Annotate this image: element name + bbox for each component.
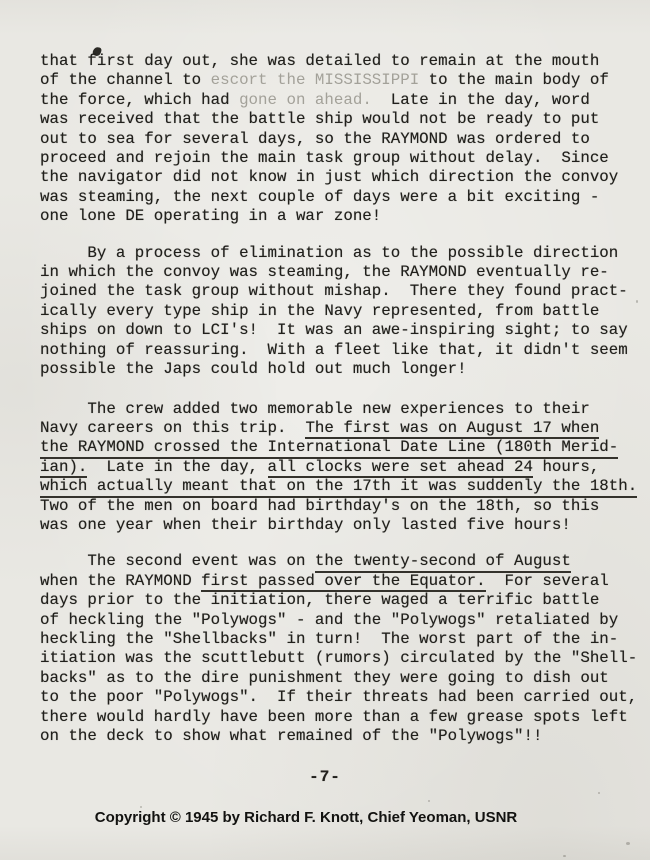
paper-speck xyxy=(428,800,430,802)
text-segment: backs" as to the dire punishment they we… xyxy=(40,669,609,687)
text-segment: Two of the men on board had birthday's o… xyxy=(40,497,599,515)
paper-speck xyxy=(140,806,142,808)
text-segment: was one year when their birthday only la… xyxy=(40,516,571,534)
text-segment: was received that the battle ship would … xyxy=(40,110,599,128)
text-line: was one year when their birthday only la… xyxy=(40,516,644,535)
underlined-text: the RAYMOND crossed the International Da… xyxy=(40,438,618,459)
text-line: out to sea for several days, so the RAYM… xyxy=(40,130,644,149)
text-line: days prior to the initiation, there wage… xyxy=(40,591,644,610)
text-segment: ships on down to LCI's! It was an awe-in… xyxy=(40,321,628,339)
text-line: there would hardly have been more than a… xyxy=(40,708,644,727)
text-segment: joined the task group without mishap. Th… xyxy=(40,282,628,300)
text-line: itiation was the scuttlebutt (rumors) ci… xyxy=(40,649,644,668)
text-segment: the navigator did not know in just which… xyxy=(40,168,618,186)
underlined-text: the twenty-second of August xyxy=(315,552,571,573)
text-line: was received that the battle ship would … xyxy=(40,110,644,129)
text-line: one lone DE operating in a war zone! xyxy=(40,207,644,226)
page-number: -7- xyxy=(0,768,650,786)
text-segment: to the main body of xyxy=(419,71,609,89)
text-line: which actually meant that on the 17th it… xyxy=(40,477,644,496)
text-line: joined the task group without mishap. Th… xyxy=(40,282,644,301)
text-line: when the RAYMOND first passed over the E… xyxy=(40,572,644,591)
text-line: in which the convoy was steaming, the RA… xyxy=(40,263,644,282)
text-segment: ically every type ship in the Navy repre… xyxy=(40,302,599,320)
text-line: ically every type ship in the Navy repre… xyxy=(40,302,644,321)
text-segment: out to sea for several days, so the RAYM… xyxy=(40,130,590,148)
text-segment: one lone DE operating in a war zone! xyxy=(40,207,381,225)
text-line: nothing of reassuring. With a fleet like… xyxy=(40,341,644,360)
text-line: ships on down to LCI's! It was an awe-in… xyxy=(40,321,644,340)
text-segment: The second event was on xyxy=(40,552,315,570)
text-line: By a process of elimination as to the po… xyxy=(40,244,644,263)
text-segment: Navy careers on this trip. xyxy=(40,419,305,437)
text-line: the navigator did not know in just which… xyxy=(40,168,644,187)
text-segment: the force, which had xyxy=(40,91,239,109)
text-segment: in which the convoy was steaming, the RA… xyxy=(40,263,609,281)
text-segment: nothing of reassuring. With a fleet like… xyxy=(40,341,628,359)
text-line: proceed and rejoin the main task group w… xyxy=(40,149,644,168)
text-line: The crew added two memorable new experie… xyxy=(40,400,644,419)
text-line: ian). Late in the day, all clocks were s… xyxy=(40,458,644,477)
text-line: Navy careers on this trip. The first was… xyxy=(40,419,644,438)
text-segment: proceed and rejoin the main task group w… xyxy=(40,149,609,167)
text-segment: was steaming, the next couple of days we… xyxy=(40,188,599,206)
text-segment: By a process of elimination as to the po… xyxy=(40,244,618,262)
paper-speck xyxy=(626,842,630,845)
paragraph: The second event was on the twenty-secon… xyxy=(40,552,644,746)
text-segment: on the deck to show what remained of the… xyxy=(40,727,542,745)
text-line: Two of the men on board had birthday's o… xyxy=(40,497,644,516)
text-line: on the deck to show what remained of the… xyxy=(40,727,644,746)
text-segment: heckling the "Shellbacks" in turn! The w… xyxy=(40,630,618,648)
paper-speck xyxy=(563,855,566,857)
text-line: the RAYMOND crossed the International Da… xyxy=(40,438,644,457)
text-segment: there would hardly have been more than a… xyxy=(40,708,628,726)
paragraph: that first day out, she was detailed to … xyxy=(40,52,644,227)
underlined-text: The first was on August 17 when xyxy=(305,419,599,440)
text-segment: For several xyxy=(486,572,609,590)
text-segment: to the poor "Polywogs". If their threats… xyxy=(40,688,637,706)
text-segment: Late in the day, xyxy=(87,458,267,476)
underlined-text: which actually meant that on the 17th it… xyxy=(40,477,637,498)
scanned-page: that first day out, she was detailed to … xyxy=(0,0,650,860)
text-segment: of the channel to xyxy=(40,71,211,89)
copyright-line: Copyright © 1945 by Richard F. Knott, Ch… xyxy=(0,809,612,826)
text-segment: The crew added two memorable new experie… xyxy=(40,400,590,418)
typewritten-body: that first day out, she was detailed to … xyxy=(40,52,644,763)
text-line: the force, which had gone on ahead. Late… xyxy=(40,91,644,110)
text-line: heckling the "Shellbacks" in turn! The w… xyxy=(40,630,644,649)
text-segment: of heckling the "Polywogs" - and the "Po… xyxy=(40,611,618,629)
faded-text: gone on ahead. xyxy=(239,91,372,109)
text-line: of the channel to escort the MISSISSIPPI… xyxy=(40,71,644,90)
text-line: to the poor "Polywogs". If their threats… xyxy=(40,688,644,707)
underlined-text: first passed over the Equator. xyxy=(201,572,485,593)
text-line: was steaming, the next couple of days we… xyxy=(40,188,644,207)
paragraph: The crew added two memorable new experie… xyxy=(40,400,644,536)
paragraph: By a process of elimination as to the po… xyxy=(40,244,644,380)
text-segment: Late in the day, word xyxy=(372,91,590,109)
text-line: The second event was on the twenty-secon… xyxy=(40,552,644,571)
text-segment: when the RAYMOND xyxy=(40,572,201,590)
underlined-text: all clocks were set ahead 24 xyxy=(268,458,533,479)
text-line: of heckling the "Polywogs" - and the "Po… xyxy=(40,611,644,630)
text-line: that first day out, she was detailed to … xyxy=(40,52,644,71)
underlined-text: ian). xyxy=(40,458,87,479)
paper-speck xyxy=(598,792,600,794)
text-segment: days prior to the initiation, there wage… xyxy=(40,591,599,609)
text-line: possible the Japs could hold out much lo… xyxy=(40,360,644,379)
text-line: backs" as to the dire punishment they we… xyxy=(40,669,644,688)
text-segment: possible the Japs could hold out much lo… xyxy=(40,360,467,378)
faded-text: escort the MISSISSIPPI xyxy=(211,71,420,89)
text-segment: that first day out, she was detailed to … xyxy=(40,52,599,70)
text-segment: hours, xyxy=(533,458,599,476)
text-segment: itiation was the scuttlebutt (rumors) ci… xyxy=(40,649,637,667)
